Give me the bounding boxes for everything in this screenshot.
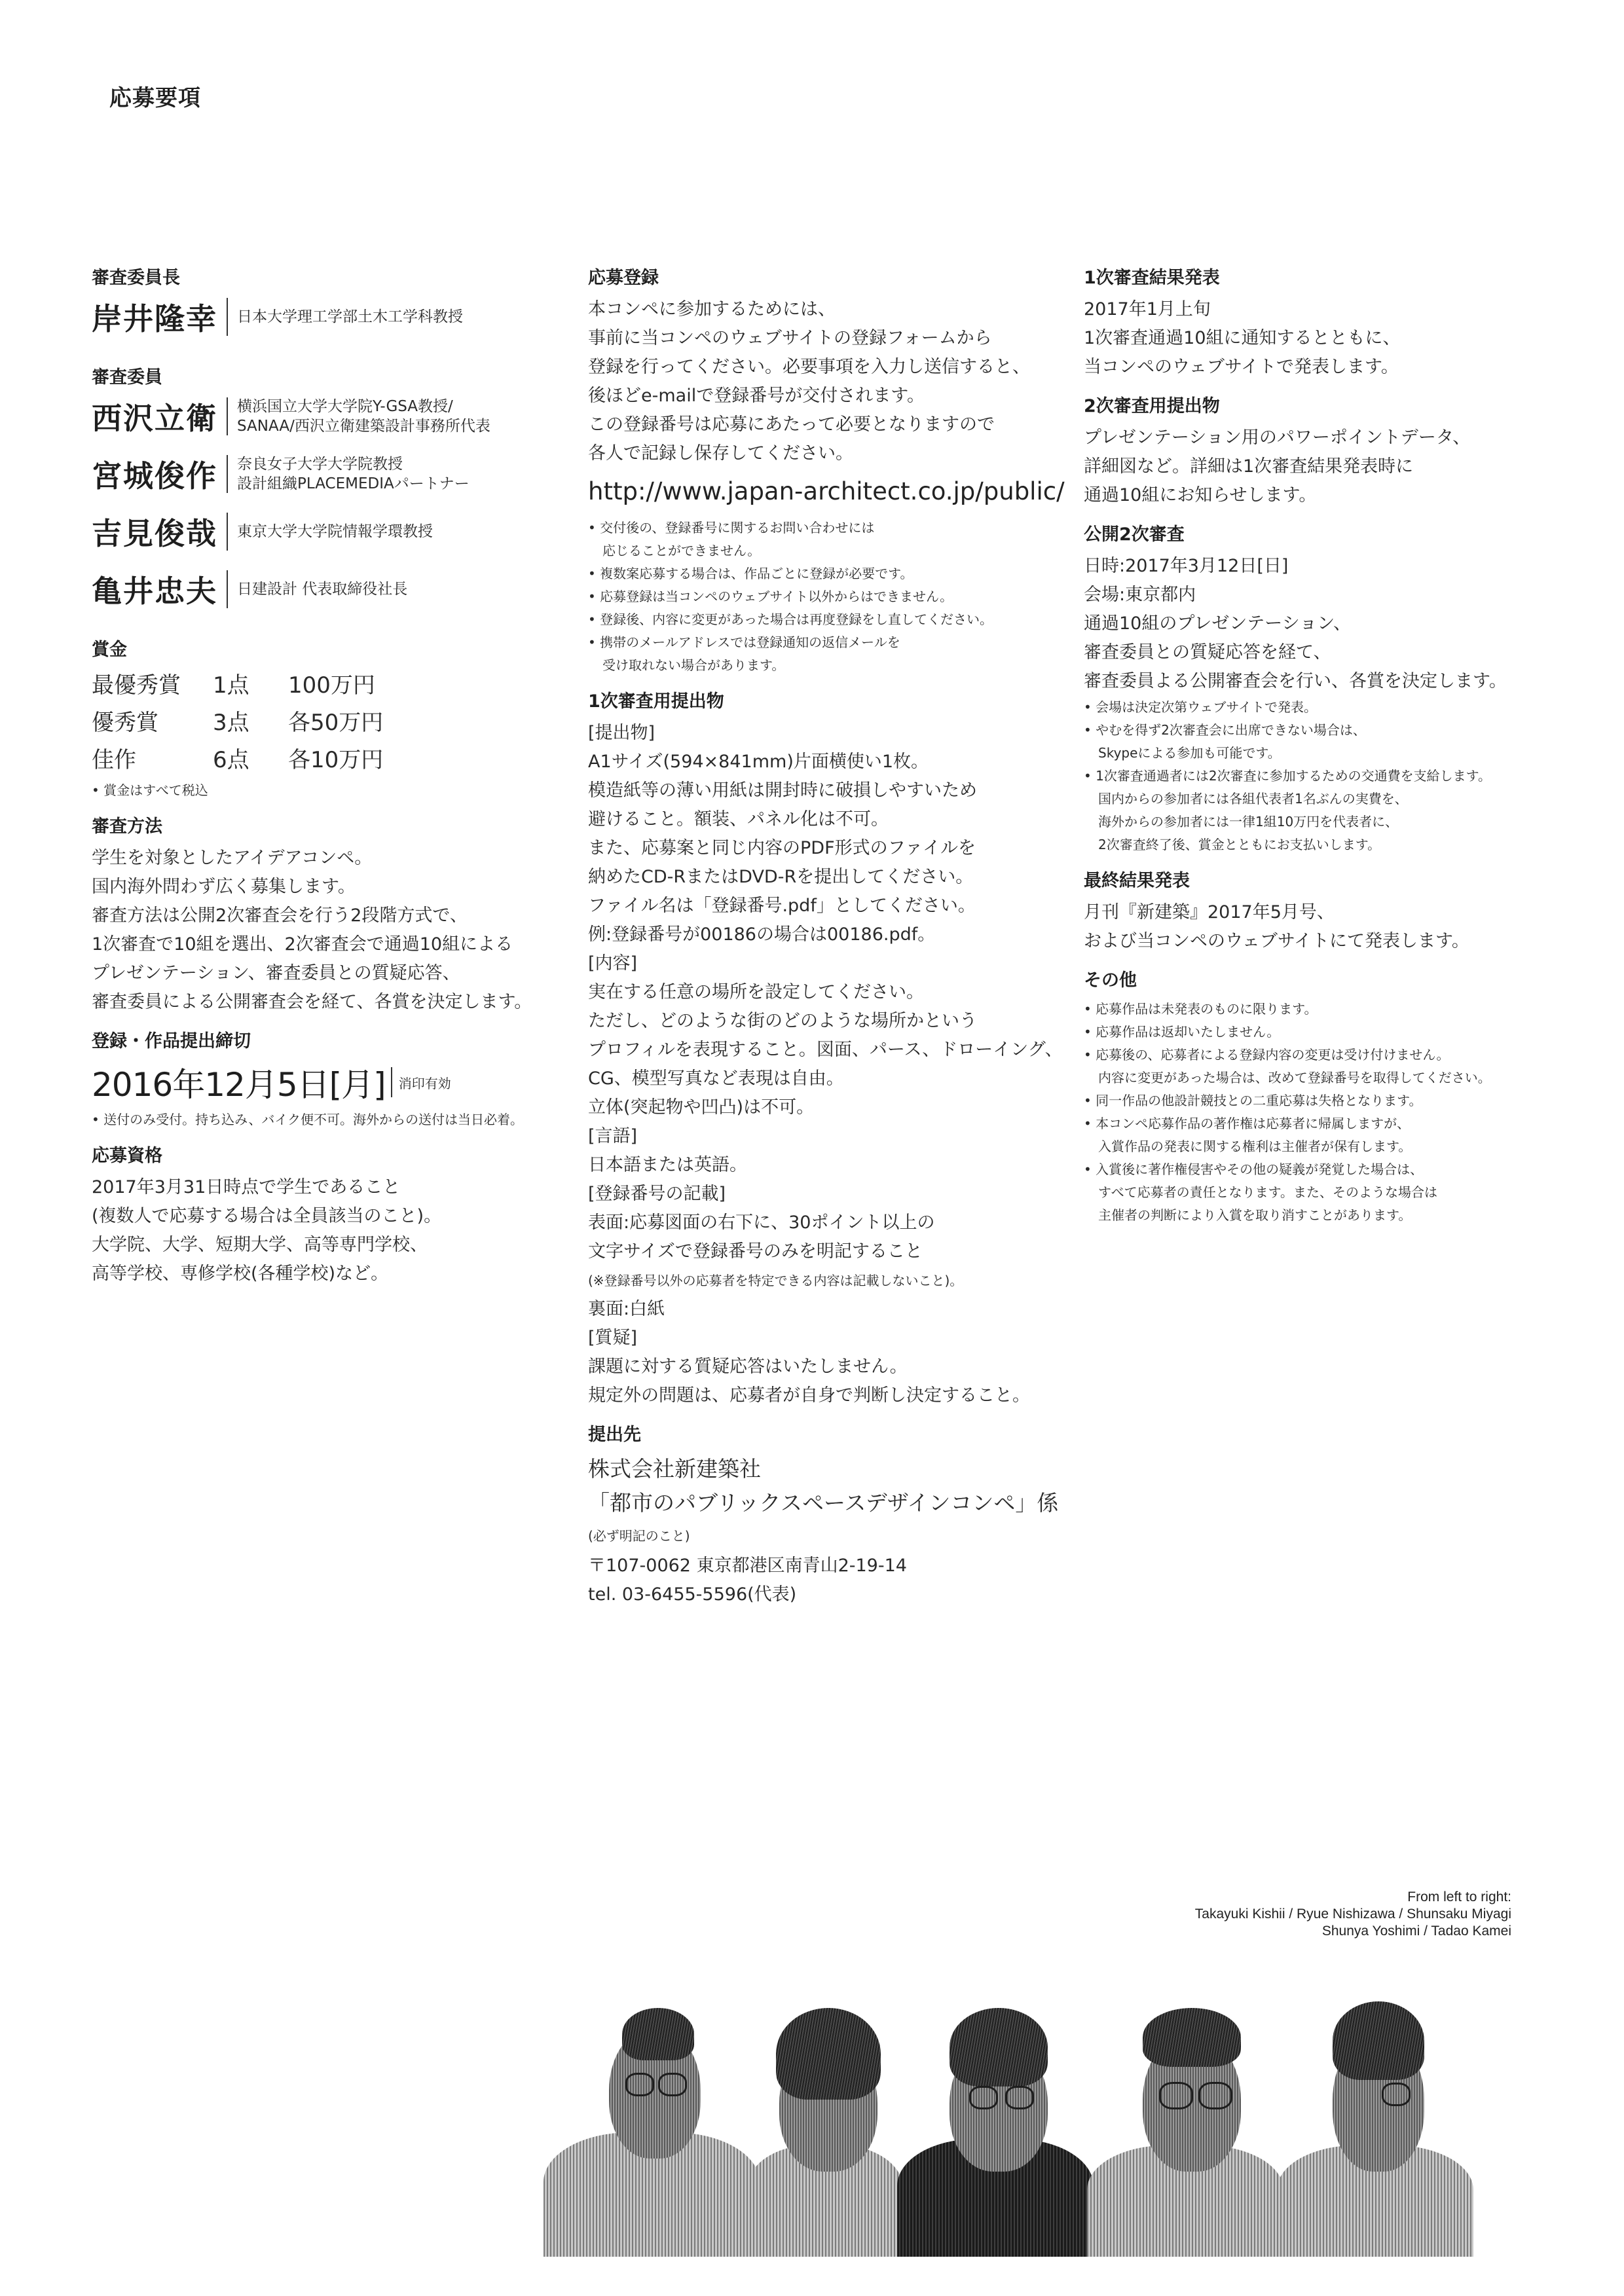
first-result-heading: 1次審査結果発表 <box>1084 265 1568 291</box>
public-review-heading: 公開2次審査 <box>1084 522 1568 548</box>
photo-caption: From left to right: Takayuki Kishii / Ry… <box>1195 1889 1511 1940</box>
judge-affiliation: 日本大学理工学部土木工学科教授 <box>237 307 463 327</box>
submit-to-dept: 「都市のパブリックスペースデザインコンペ」係 <box>588 1486 1073 1520</box>
judge-member: 亀井忠夫 日建設計 代表取締役社長 <box>92 568 576 611</box>
glasses-icon <box>1005 2086 1034 2109</box>
competition-url-link[interactable]: http://www.japan-architect.co.jp/public/ <box>588 473 1073 510</box>
judge-name: 西沢立衛 <box>92 395 223 438</box>
final-result-heading: 最終結果発表 <box>1084 868 1568 894</box>
method-heading: 審査方法 <box>92 814 576 840</box>
glasses-icon <box>1198 2082 1232 2109</box>
glasses-icon <box>658 2073 687 2096</box>
glasses-icon <box>625 2073 654 2096</box>
divider <box>227 570 228 608</box>
prize-heading: 賞金 <box>92 637 576 663</box>
deadline-note: • 送付のみ受付。持ち込み、バイク便不可。海外からの送付は当日必着。 <box>92 1108 576 1131</box>
portrait-hair <box>950 2008 1048 2086</box>
deadline-date: 2016年12月5日[月] <box>92 1059 386 1106</box>
portrait-hair <box>776 2008 881 2100</box>
judge-affiliation: 横浜国立大学大学院Y-GSA教授/ SANAA/西沢立衛建築設計事務所代表 <box>237 397 490 436</box>
portrait-hair <box>622 2008 694 2060</box>
other-heading: その他 <box>1084 968 1568 994</box>
portrait-yoshimi <box>1087 1998 1283 2257</box>
prize-row: 最優秀賞 1点 100万円 <box>92 667 576 704</box>
submit-to-company: 株式会社新建築社 <box>588 1452 1073 1486</box>
judge-member: 西沢立衛 横浜国立大学大学院Y-GSA教授/ SANAA/西沢立衛建築設計事務所… <box>92 395 576 438</box>
registration-heading: 応募登録 <box>588 265 1073 291</box>
divider <box>227 513 228 551</box>
judge-affiliation: 奈良女子大学大学院教授 設計組織PLACEMEDIAパートナー <box>237 454 470 494</box>
judge-affiliation: 東京大学大学院情報学環教授 <box>237 522 433 541</box>
judge-name: 宮城俊作 <box>92 452 223 496</box>
deadline-stamp: 消印有効 <box>399 1073 451 1092</box>
submit-to-heading: 提出先 <box>588 1422 1073 1448</box>
judge-chair: 岸井隆幸 日本大学理工学部土木工学科教授 <box>92 295 576 338</box>
judge-member: 宮城俊作 奈良女子大学大学院教授 設計組織PLACEMEDIAパートナー <box>92 452 576 496</box>
glasses-icon <box>969 2086 998 2109</box>
left-column: 審査委員長 岸井隆幸 日本大学理工学部土木工学科教授 審査委員 西沢立衛 横浜国… <box>92 265 576 1288</box>
portrait-hair <box>1333 2001 1424 2080</box>
prize-note: • 賞金はすべて税込 <box>92 779 576 802</box>
portrait-nishizawa <box>733 1998 917 2257</box>
glasses-icon <box>1382 2083 1411 2106</box>
members-heading: 審査委員 <box>92 365 576 391</box>
submit-to-address: 〒107-0062 東京都港区南青山2-19-14 <box>588 1552 1073 1580</box>
page-title: 応募要項 <box>109 80 201 112</box>
eligibility-heading: 応募資格 <box>92 1143 576 1169</box>
prize-row: 佳作 6点 各10万円 <box>92 742 576 779</box>
divider <box>391 1067 392 1097</box>
deadline-heading: 登録・作品提出締切 <box>92 1029 576 1055</box>
submit-to-tel: tel. 03-6455-5596(代表) <box>588 1580 1073 1609</box>
middle-column: 応募登録 本コンペに参加するためには、 事前に当コンペのウェブサイトの登録フォー… <box>588 265 1073 1609</box>
submit-to-note: (必ず明記のこと) <box>588 1520 1073 1552</box>
portrait-kamei <box>1277 1995 1473 2257</box>
judge-member: 吉見俊哉 東京大学大学院情報学環教授 <box>92 510 576 553</box>
deadline: 2016年12月5日[月] 消印有効 <box>92 1059 576 1106</box>
portrait-miyagi <box>897 1998 1094 2257</box>
portrait-kishii <box>544 1995 760 2257</box>
chair-heading: 審査委員長 <box>92 265 576 291</box>
judge-affiliation: 日建設計 代表取締役社長 <box>237 579 407 599</box>
second-submission-heading: 2次審査用提出物 <box>1084 393 1568 420</box>
judges-photo <box>544 1978 1572 2257</box>
right-column: 1次審査結果発表 2017年1月上旬 1次審査通過10組に通知するとともに、 当… <box>1084 265 1568 1227</box>
prize-row: 優秀賞 3点 各50万円 <box>92 704 576 742</box>
judge-name: 亀井忠夫 <box>92 568 223 611</box>
portrait-hair <box>1143 2008 1241 2067</box>
divider <box>227 455 228 493</box>
divider <box>227 298 228 336</box>
glasses-icon <box>1159 2082 1193 2109</box>
judge-name: 吉見俊哉 <box>92 510 223 553</box>
judge-name: 岸井隆幸 <box>92 295 223 338</box>
first-submission-heading: 1次審査用提出物 <box>588 689 1073 715</box>
divider <box>227 397 228 435</box>
